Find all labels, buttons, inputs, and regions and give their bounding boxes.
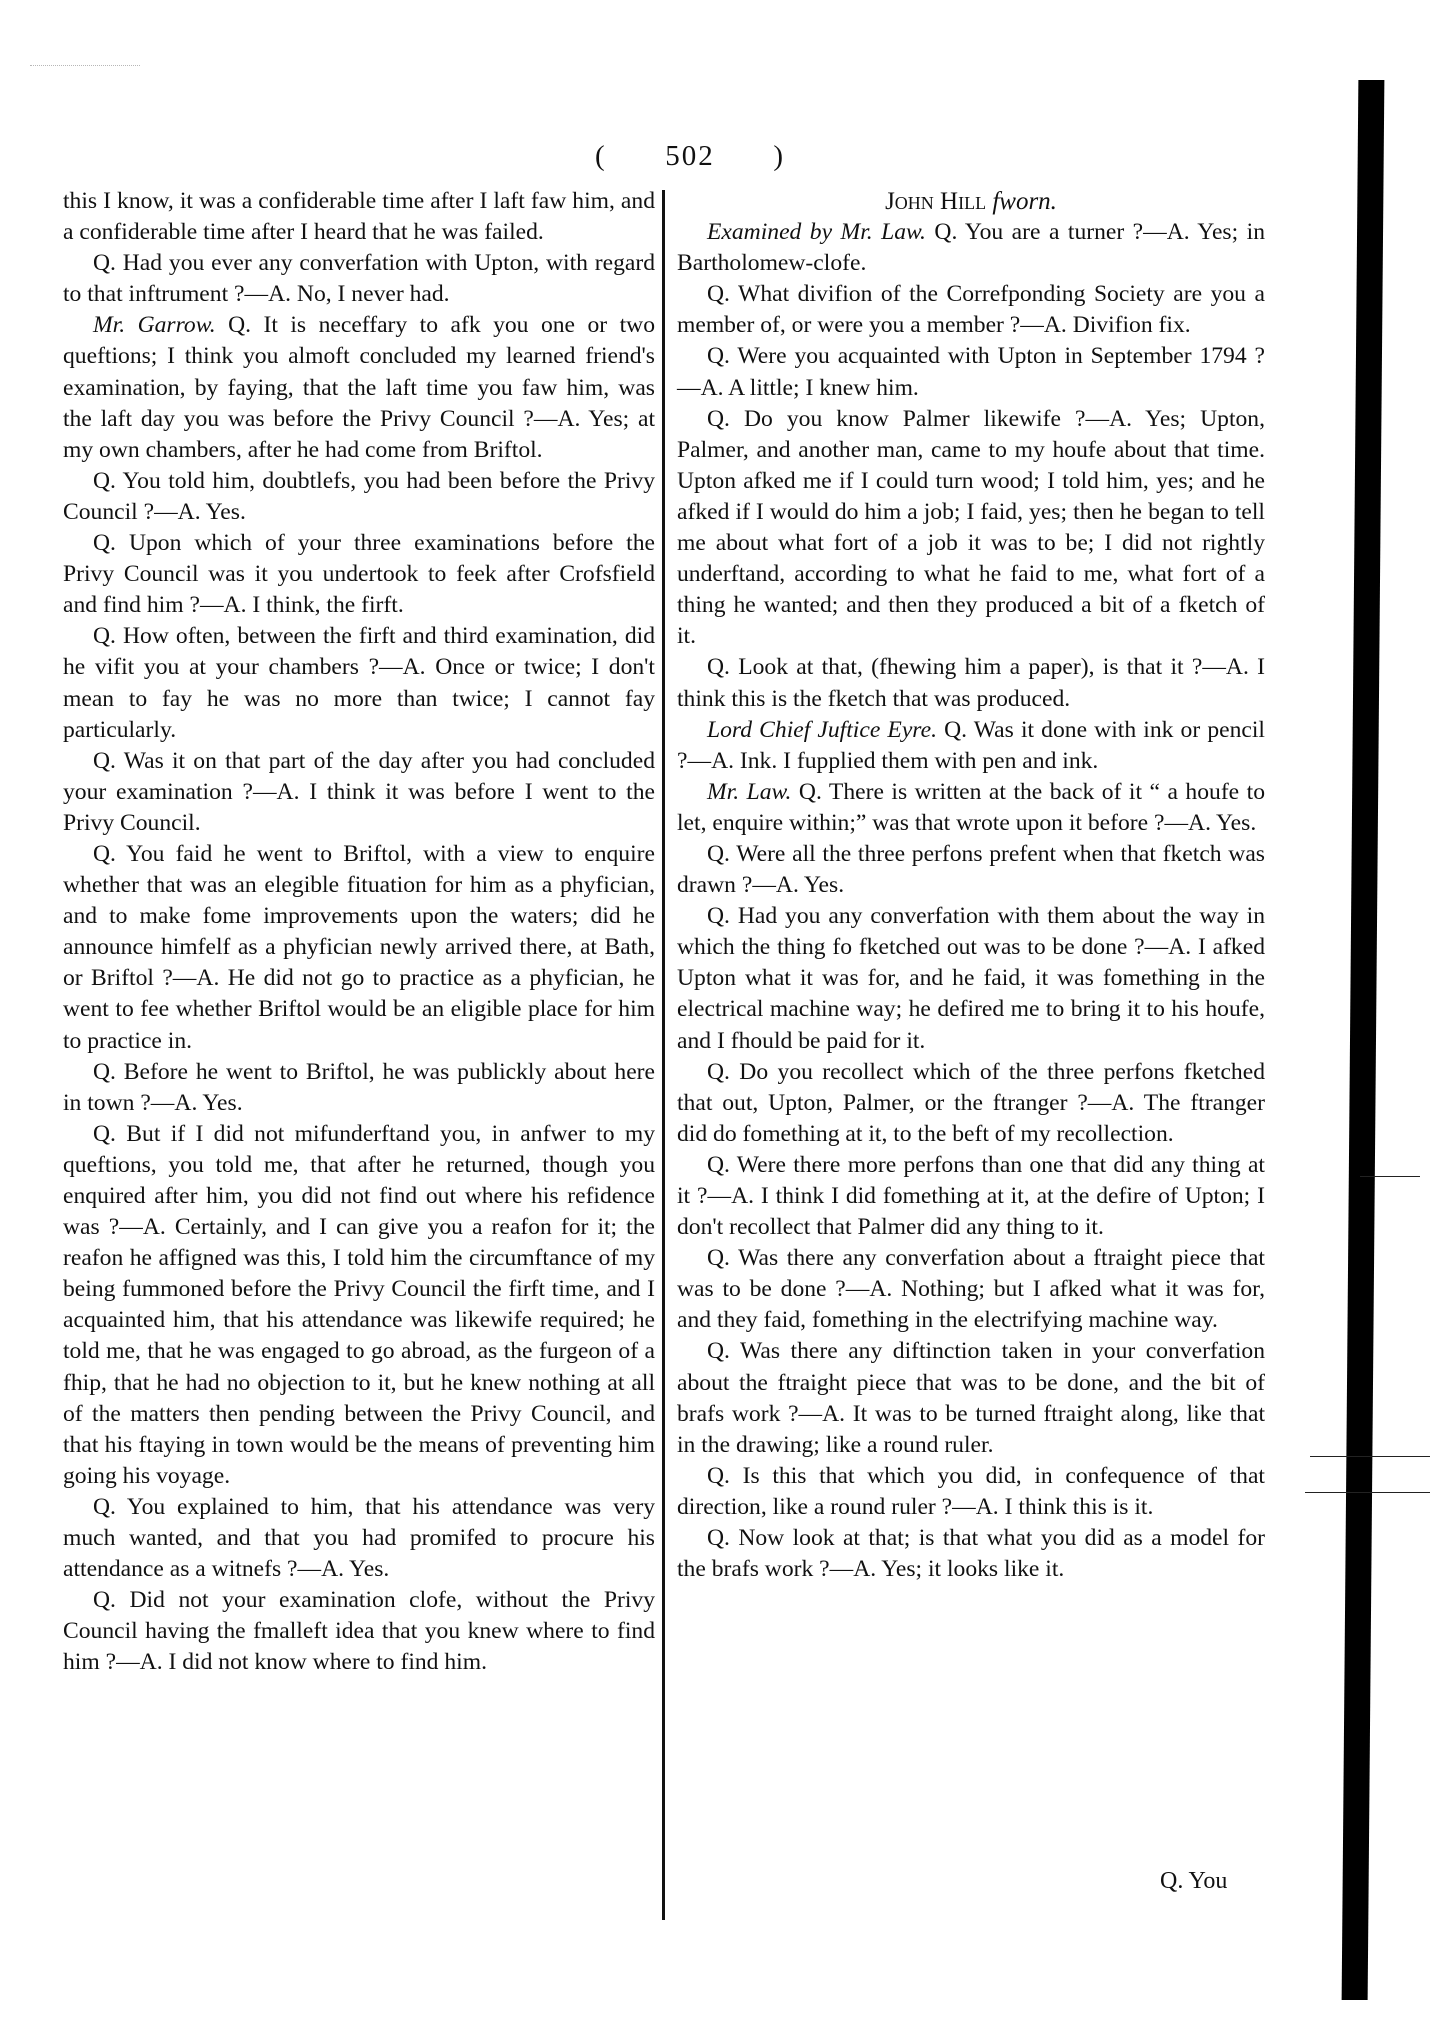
paragraph-text: Q. Were you acquainted with Upton in Sep… bbox=[677, 343, 1265, 400]
paragraph: Q. Before he went to Briftol, he was pub… bbox=[63, 1057, 655, 1119]
paragraph: Q. Is this that which you did, in confeq… bbox=[677, 1461, 1265, 1523]
paragraph-text: Q. Were there more perfons than one that… bbox=[677, 1152, 1265, 1240]
paragraph: Q. You faid he went to Briftol, with a v… bbox=[63, 839, 655, 1057]
page-number: 502 bbox=[665, 140, 715, 173]
paragraph: Q. How often, between the firft and thir… bbox=[63, 621, 655, 745]
paragraph-text: Q. Do you know Palmer likewife ?—A. Yes;… bbox=[677, 406, 1265, 650]
speaker-label: Mr. Law. bbox=[707, 779, 791, 805]
page-number-open-paren: ( bbox=[595, 140, 607, 173]
paragraph: Examined by Mr. Law. Q. You are a turner… bbox=[677, 217, 1265, 279]
witness-sworn: fworn. bbox=[992, 188, 1057, 215]
paragraph-text: Q. Were all the three perfons prefent wh… bbox=[677, 841, 1265, 898]
paragraph: Q. Had you any converfation with them ab… bbox=[677, 901, 1265, 1056]
left-column: this I know, it was a confiderable time … bbox=[63, 186, 655, 1679]
witness-name: John Hill bbox=[885, 188, 986, 215]
scan-artifact bbox=[30, 65, 140, 74]
paragraph: Q. Was there any converfation about a ft… bbox=[677, 1243, 1265, 1336]
paragraph: Q. You told him, doubtlefs, you had been… bbox=[63, 466, 655, 528]
paragraph: Mr. Law. Q. There is written at the back… bbox=[677, 777, 1265, 839]
paragraph-text: Q. Had you any converfation with them ab… bbox=[677, 903, 1265, 1053]
paragraph-text: Q. Do you recollect which of the three p… bbox=[677, 1059, 1265, 1147]
paragraph: this I know, it was a confiderable time … bbox=[63, 186, 655, 248]
paragraph: Q. Were there more perfons than one that… bbox=[677, 1150, 1265, 1243]
paragraph-text: Q. Now look at that; is that what you di… bbox=[677, 1525, 1265, 1582]
paragraph-text: Q. Had you ever any converfation with Up… bbox=[63, 250, 655, 307]
paragraph: Q. Now look at that; is that what you di… bbox=[677, 1523, 1265, 1585]
paragraph-text: Q. You told him, doubtlefs, you had been… bbox=[63, 468, 655, 525]
right-column: John Hill fworn. Examined by Mr. Law. Q.… bbox=[677, 186, 1265, 1585]
paragraph: Lord Chief Juftice Eyre. Q. Was it done … bbox=[677, 715, 1265, 777]
scan-rule-line bbox=[1310, 1456, 1430, 1457]
page-number-close-paren: ) bbox=[773, 140, 785, 173]
paragraph: Q. Were all the three perfons prefent wh… bbox=[677, 839, 1265, 901]
paragraph: Q. Look at that, (fhewing him a paper), … bbox=[677, 652, 1265, 714]
paragraph: Q. Upon which of your three examinations… bbox=[63, 528, 655, 621]
paragraph: Q. But if I did not mifunderftand you, i… bbox=[63, 1119, 655, 1492]
paragraph: Q. Did not your examination clofe, witho… bbox=[63, 1585, 655, 1678]
speaker-label: Lord Chief Juftice Eyre. bbox=[707, 717, 937, 743]
paragraph-text: Q. What divifion of the Correfponding So… bbox=[677, 281, 1265, 338]
catchword: Q. You bbox=[1160, 1868, 1227, 1895]
paragraph: Q. What divifion of the Correfponding So… bbox=[677, 279, 1265, 341]
paragraph: Q. Was there any diftinction taken in yo… bbox=[677, 1336, 1265, 1460]
paragraph: Q. You explained to him, that his attend… bbox=[63, 1492, 655, 1585]
paragraph-text: Q. Upon which of your three examinations… bbox=[63, 530, 655, 618]
paragraph-text: Q. Was it on that part of the day after … bbox=[63, 748, 655, 836]
speaker-label: Examined by Mr. Law. bbox=[707, 219, 926, 245]
scan-rule-line bbox=[1360, 1176, 1420, 1177]
paragraph: Q. Was it on that part of the day after … bbox=[63, 746, 655, 839]
paragraph-text: Q. Did not your examination clofe, witho… bbox=[63, 1587, 655, 1675]
paragraph-text: Q. You faid he went to Briftol, with a v… bbox=[63, 841, 655, 1054]
paragraph: Mr. Garrow. Q. It is neceffary to afk yo… bbox=[63, 310, 655, 465]
paragraph-text: Q. Is this that which you did, in confeq… bbox=[677, 1463, 1265, 1520]
paragraph-text: Q. Look at that, (fhewing him a paper), … bbox=[677, 654, 1265, 711]
page-number-header: ( 502 ) bbox=[595, 140, 785, 173]
paragraph-text: this I know, it was a confiderable time … bbox=[63, 188, 655, 245]
paragraph-text: Q. You explained to him, that his attend… bbox=[63, 1494, 655, 1582]
scan-edge-bar bbox=[1342, 80, 1385, 2000]
paragraph-text: Q. How often, between the firft and thir… bbox=[63, 623, 655, 742]
paragraph: Q. Had you ever any converfation with Up… bbox=[63, 248, 655, 310]
scan-rule-line bbox=[1305, 1492, 1430, 1493]
witness-heading: John Hill fworn. bbox=[677, 186, 1265, 217]
paragraph-text: Q. Before he went to Briftol, he was pub… bbox=[63, 1059, 655, 1116]
paragraph: Q. Do you recollect which of the three p… bbox=[677, 1057, 1265, 1150]
paragraph: Q. Were you acquainted with Upton in Sep… bbox=[677, 341, 1265, 403]
paragraph-text: Q. Was there any diftinction taken in yo… bbox=[677, 1338, 1265, 1457]
column-divider bbox=[662, 190, 665, 1920]
paragraph: Q. Do you know Palmer likewife ?—A. Yes;… bbox=[677, 404, 1265, 653]
paragraph-text: Q. But if I did not mifunderftand you, i… bbox=[63, 1121, 655, 1489]
paragraph-text: Q. Was there any converfation about a ft… bbox=[677, 1245, 1265, 1333]
speaker-label: Mr. Garrow. bbox=[93, 312, 216, 338]
